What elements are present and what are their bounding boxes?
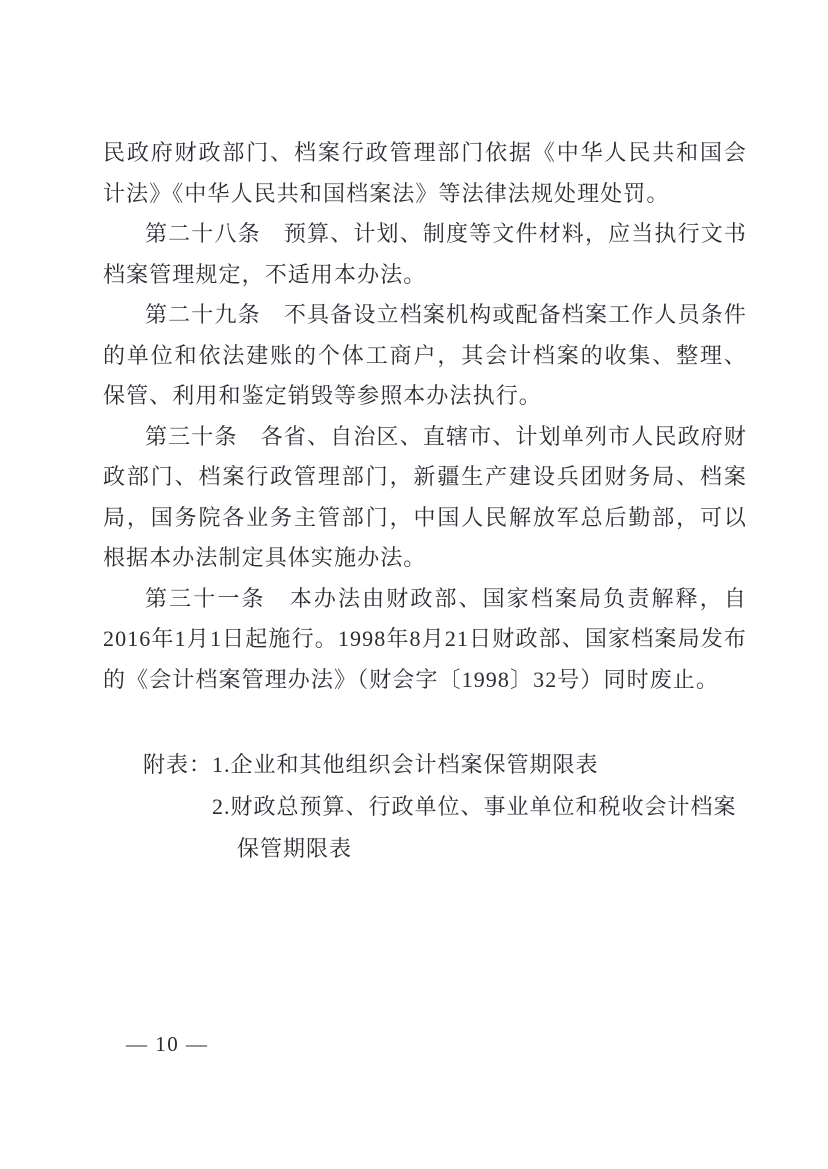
- appendix-label: 附表：: [143, 744, 212, 786]
- appendix-block: 附表： 1.企业和其他组织会计档案保管期限表 2.财政总预算、行政单位、事业单位…: [143, 744, 747, 870]
- document-body: 民政府财政部门、档案行政管理部门依据《中华人民共和国会计法》《中华人民共和国档案…: [103, 133, 747, 870]
- paragraph-article-29: 第二十九条 不具备设立档案机构或配备档案工作人员条件的单位和依法建账的个体工商户…: [103, 295, 747, 417]
- document-page: 民政府财政部门、档案行政管理部门依据《中华人民共和国会计法》《中华人民共和国档案…: [0, 0, 828, 1169]
- appendix-item-2: 2.财政总预算、行政单位、事业单位和税收会计档案保管期限表: [212, 786, 746, 870]
- appendix-item-1: 1.企业和其他组织会计档案保管期限表: [212, 744, 746, 786]
- page-footer: — 10 —: [126, 1032, 209, 1057]
- paragraph-continuation: 民政府财政部门、档案行政管理部门依据《中华人民共和国会计法》《中华人民共和国档案…: [103, 133, 747, 214]
- paragraph-article-30: 第三十条 各省、自治区、直辖市、计划单列市人民政府财政部门、档案行政管理部门，新…: [103, 417, 747, 579]
- paragraph-article-28: 第二十八条 预算、计划、制度等文件材料，应当执行文书档案管理规定，不适用本办法。: [103, 214, 747, 295]
- paragraph-article-31: 第三十一条 本办法由财政部、国家档案局负责解释，自2016年1月1日起施行。19…: [103, 579, 747, 701]
- appendix-items: 1.企业和其他组织会计档案保管期限表 2.财政总预算、行政单位、事业单位和税收会…: [212, 744, 746, 870]
- page-number: — 10 —: [126, 1032, 209, 1056]
